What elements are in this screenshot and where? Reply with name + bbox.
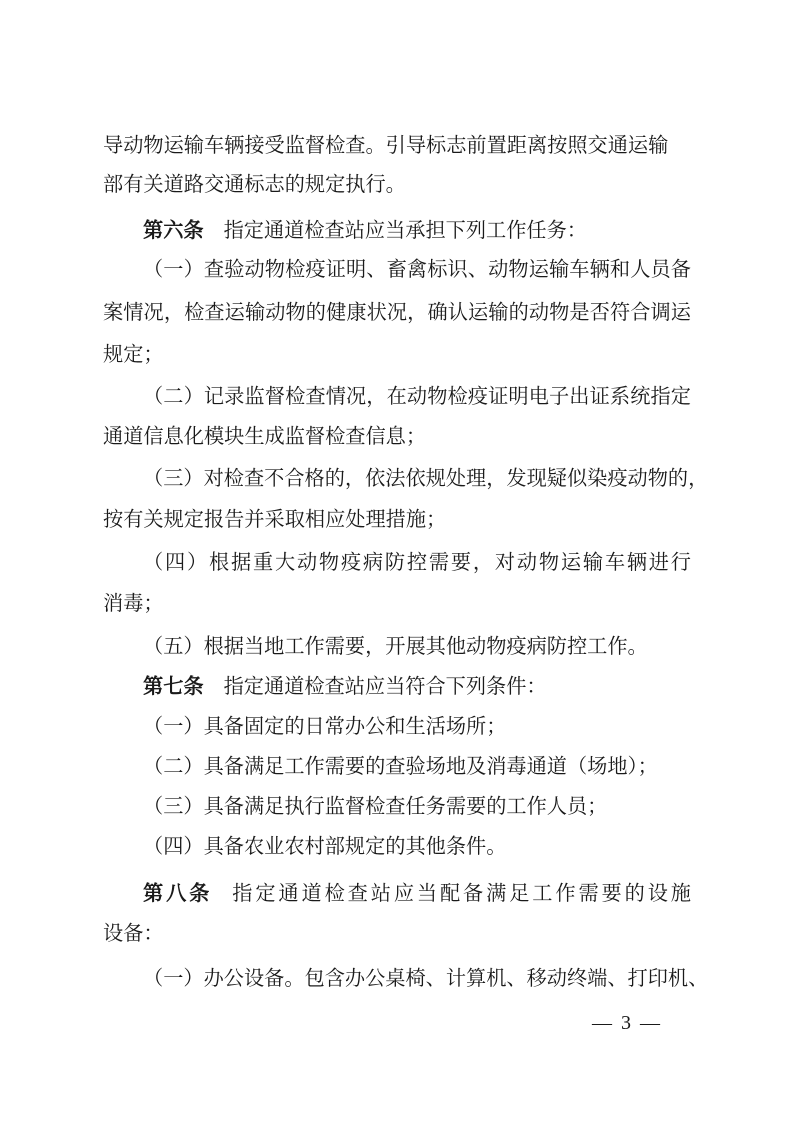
paragraph-line: 通道信息化模块生成监督检查信息； [103, 424, 691, 448]
article-6-line: 第六条指定通道检查站应当承担下列工作任务： [143, 218, 691, 242]
paragraph-line: （三）具备满足执行监督检查任务需要的工作人员； [143, 794, 691, 818]
paragraph-line: （一）具备固定的日常办公和生活场所； [143, 714, 691, 738]
paragraph-line: （二）具备满足工作需要的查验场地及消毒通道（场地）； [143, 754, 691, 778]
paragraph-line: 按有关规定报告并采取相应处理措施； [103, 507, 691, 531]
paragraph-line: 规定； [103, 342, 691, 366]
paragraph-line: 设备： [103, 921, 691, 945]
article-heading: 第六条 [143, 218, 204, 242]
paragraph-line: （四）根据重大动物疫病防控需要，对动物运输车辆进行 [143, 550, 691, 574]
page-number: — 3 — [592, 1012, 662, 1035]
article-heading: 第七条 [143, 674, 204, 698]
article-heading: 第八条 [143, 881, 212, 905]
paragraph-line: （一）查验动物检疫证明、畜禽标识、动物运输车辆和人员备 [143, 257, 691, 281]
paragraph-line: （五）根据当地工作需要，开展其他动物疫病防控工作。 [143, 634, 691, 658]
paragraph-line: 案情况，检查运输动物的健康状况，确认运输的动物是否符合调运 [103, 300, 691, 324]
article-7-line: 第七条指定通道检查站应当符合下列条件： [143, 674, 691, 698]
article-8-line: 第八条指定通道检查站应当配备满足工作需要的设施 [143, 881, 691, 905]
paragraph-line: 消毒； [103, 591, 691, 615]
article-text: 指定通道检查站应当符合下列条件： [224, 674, 547, 698]
paragraph-line: （二）记录监督检查情况，在动物检疫证明电子出证系统指定 [143, 384, 691, 408]
paragraph-line: （一）办公设备。包含办公桌椅、计算机、移动终端、打印机、 [143, 966, 691, 990]
article-text: 指定通道检查站应当配备满足工作需要的设施 [232, 881, 691, 905]
paragraph-line: 部有关道路交通标志的规定执行。 [103, 172, 691, 196]
paragraph-line: （三）对检查不合格的，依法依规处理，发现疑似染疫动物的， [143, 466, 691, 490]
document-page: 导动物运输车辆接受监督检查。引导标志前置距离按照交通运输 部有关道路交通标志的规… [0, 0, 794, 1123]
paragraph-line: （四）具备农业农村部规定的其他条件。 [143, 834, 691, 858]
paragraph-line: 导动物运输车辆接受监督检查。引导标志前置距离按照交通运输 [103, 133, 691, 157]
article-text: 指定通道检查站应当承担下列工作任务： [224, 218, 587, 242]
